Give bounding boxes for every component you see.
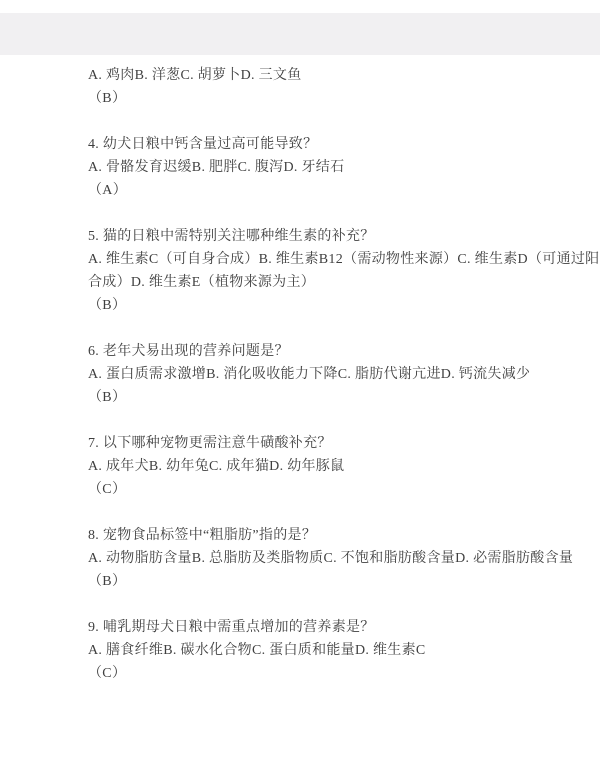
question-answer: （B） bbox=[88, 386, 512, 409]
question-options: A. 蛋白质需求激增B. 消化吸收能力下降C. 脂肪代谢亢进D. 钙流失减少 bbox=[88, 363, 512, 386]
question-answer: （A） bbox=[88, 179, 512, 202]
question-block-8: 8. 宠物食品标签中“粗脂肪”指的是？ A. 动物脂肪含量B. 总脂肪及类脂物质… bbox=[88, 524, 512, 593]
question-title: 7. 以下哪种宠物更需注意牛磺酸补充？ bbox=[88, 432, 512, 455]
question-options: A. 成年犬B. 幼年兔C. 成年猫D. 幼年豚鼠 bbox=[88, 455, 512, 478]
question-title: 6. 老年犬易出现的营养问题是？ bbox=[88, 340, 512, 363]
question-options: A. 骨骼发育迟缓B. 肥胖C. 腹泻D. 牙结石 bbox=[88, 156, 512, 179]
question-answer: （C） bbox=[88, 478, 512, 501]
question-block-9: 9. 哺乳期母犬日粮中需重点增加的营养素是？ A. 膳食纤维B. 碳水化合物C.… bbox=[88, 616, 512, 685]
question-options: A. 动物脂肪含量B. 总脂肪及类脂物质C. 不饱和脂肪酸含量D. 必需脂肪酸含… bbox=[88, 547, 512, 570]
question-answer: （C） bbox=[88, 662, 512, 685]
question-title: 4. 幼犬日粮中钙含量过高可能导致？ bbox=[88, 133, 512, 156]
question-answer: （B） bbox=[88, 570, 512, 593]
question-block-5: 5. 猫的日粮中需特别关注哪种维生素的补充？ A. 维生素C（可自身合成）B. … bbox=[88, 225, 512, 317]
question-options: A. 鸡肉B. 洋葱C. 胡萝卜D. 三文鱼 bbox=[88, 64, 512, 87]
question-title: 5. 猫的日粮中需特别关注哪种维生素的补充？ bbox=[88, 225, 512, 248]
quiz-document-content: A. 鸡肉B. 洋葱C. 胡萝卜D. 三文鱼 （B） 4. 幼犬日粮中钙含量过高… bbox=[88, 64, 512, 708]
question-options-line-1: A. 维生素C（可自身合成）B. 维生素B12（需动物性来源）C. 维生素D（可… bbox=[88, 248, 512, 271]
question-options-line-2: 合成）D. 维生素E（植物来源为主） bbox=[88, 271, 512, 294]
question-answer: （B） bbox=[88, 294, 512, 317]
question-block-6: 6. 老年犬易出现的营养问题是？ A. 蛋白质需求激增B. 消化吸收能力下降C.… bbox=[88, 340, 512, 409]
question-block-7: 7. 以下哪种宠物更需注意牛磺酸补充？ A. 成年犬B. 幼年兔C. 成年猫D.… bbox=[88, 432, 512, 501]
question-block-3-partial: A. 鸡肉B. 洋葱C. 胡萝卜D. 三文鱼 （B） bbox=[88, 64, 512, 110]
question-title: 9. 哺乳期母犬日粮中需重点增加的营养素是？ bbox=[88, 616, 512, 639]
question-options: A. 膳食纤维B. 碳水化合物C. 蛋白质和能量D. 维生素C bbox=[88, 639, 512, 662]
page-gap-band bbox=[0, 13, 600, 55]
question-answer: （B） bbox=[88, 87, 512, 110]
question-block-4: 4. 幼犬日粮中钙含量过高可能导致？ A. 骨骼发育迟缓B. 肥胖C. 腹泻D.… bbox=[88, 133, 512, 202]
question-title: 8. 宠物食品标签中“粗脂肪”指的是？ bbox=[88, 524, 512, 547]
